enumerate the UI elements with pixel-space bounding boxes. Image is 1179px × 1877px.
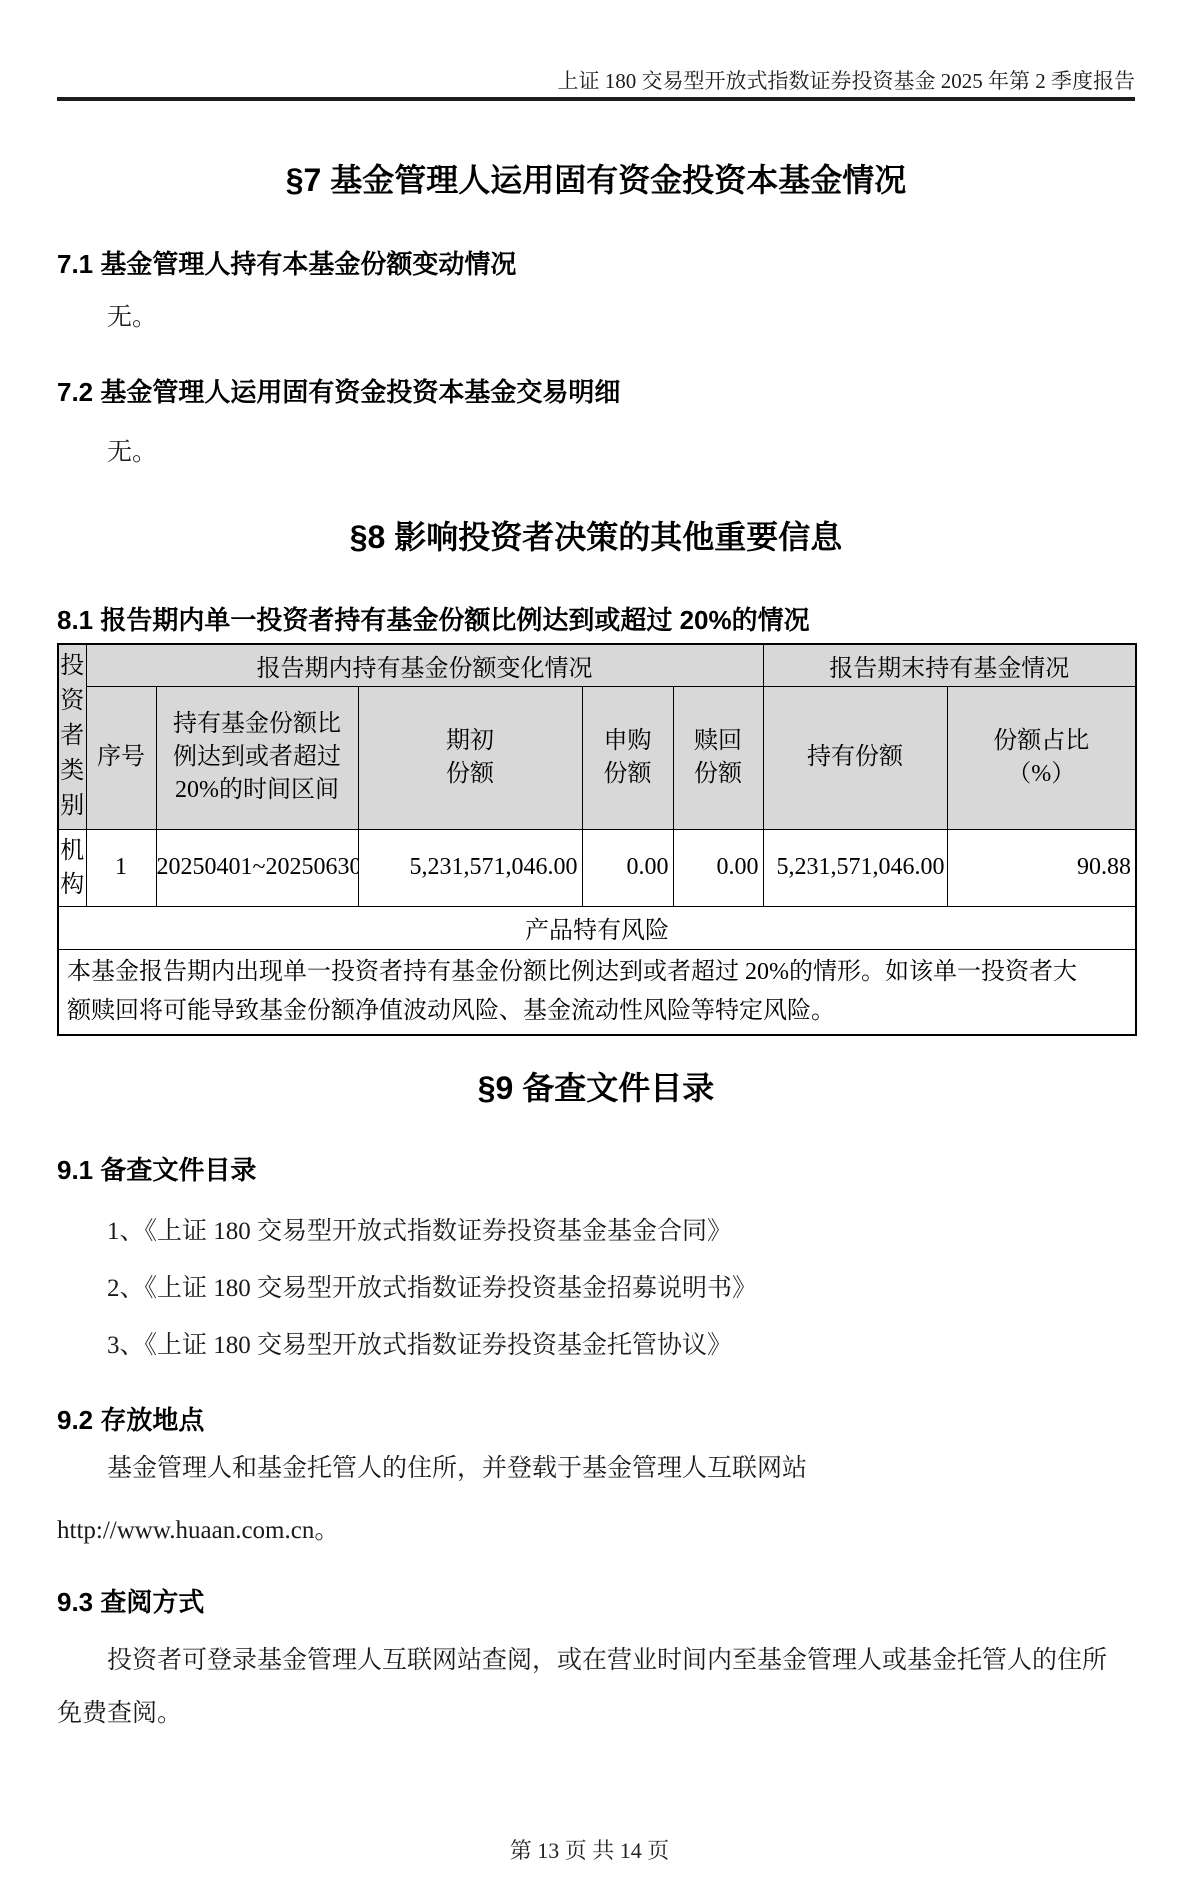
- cell-subscription-shares: 0.00: [582, 829, 673, 906]
- chapter-7-title: §7 基金管理人运用固有资金投资本基金情况: [57, 160, 1135, 200]
- heading-7-1: 7.1 基金管理人持有本基金份额变动情况: [57, 247, 1135, 281]
- body-9-2: 基金管理人和基金托管人的住所，并登载于基金管理人互联网站: [57, 1453, 1135, 1485]
- document-list-item-1: 1、《上证 180 交易型开放式指数证券投资基金基金合同》: [57, 1216, 1135, 1248]
- heading-9-1: 9.1 备查文件目录: [57, 1153, 1135, 1187]
- header-rule: [57, 97, 1135, 101]
- heading-8-1: 8.1 报告期内单一投资者持有基金份额比例达到或超过 20%的情况: [57, 603, 1135, 637]
- page-number-footer: 第 13 页 共 14 页: [0, 1837, 1179, 1865]
- cell-period: 20250401~20250630: [156, 829, 358, 906]
- body-7-2: 无。: [57, 437, 1135, 469]
- col-header-begin-shares: 期初 份额: [358, 686, 582, 829]
- group-header-period-change: 报告期内持有基金份额变化情况: [86, 644, 763, 686]
- cell-holding-shares: 5,231,571,046.00: [763, 829, 947, 906]
- risk-section-text: 本基金报告期内出现单一投资者持有基金份额比例达到或者超过 20%的情形。如该单一…: [58, 949, 1136, 1035]
- col-header-investor-type: 投资者类别: [58, 644, 86, 829]
- table-row: 机构 1 20250401~20250630 5,231,571,046.00 …: [58, 829, 1136, 906]
- chapter-8-title: §8 影响投资者决策的其他重要信息: [57, 517, 1135, 557]
- col-header-no: 序号: [86, 686, 156, 829]
- cell-redemption-shares: 0.00: [673, 829, 763, 906]
- body-7-1: 无。: [57, 302, 1135, 334]
- col-header-period: 持有基金份额比例达到或者超过 20%的时间区间: [156, 686, 358, 829]
- col-header-subscription-shares: 申购 份额: [582, 686, 673, 829]
- col-header-holding-shares: 持有份额: [763, 686, 947, 829]
- investor-holdings-table: 投资者类别 报告期内持有基金份额变化情况 报告期末持有基金情况 序号 持有基金份…: [57, 643, 1137, 1036]
- document-list-item-3: 3、《上证 180 交易型开放式指数证券投资基金托管协议》: [57, 1330, 1135, 1362]
- cell-ratio: 90.88: [947, 829, 1136, 906]
- heading-7-2: 7.2 基金管理人运用固有资金投资本基金交易明细: [57, 375, 1135, 409]
- body-9-3-line1: 投资者可登录基金管理人互联网站查阅，或在营业时间内至基金管理人或基金托管人的住所: [57, 1645, 1135, 1677]
- cell-begin-shares: 5,231,571,046.00: [358, 829, 582, 906]
- group-header-period-end: 报告期末持有基金情况: [763, 644, 1136, 686]
- col-header-redemption-shares: 赎回 份额: [673, 686, 763, 829]
- chapter-9-title: §9 备查文件目录: [57, 1068, 1135, 1108]
- document-list-item-2: 2、《上证 180 交易型开放式指数证券投资基金招募说明书》: [57, 1273, 1135, 1305]
- manager-website-url: http://www.huaan.com.cn。: [57, 1515, 1135, 1547]
- cell-investor-type: 机构: [58, 829, 86, 906]
- report-page: 上证 180 交易型开放式指数证券投资基金 2025 年第 2 季度报告 §7 …: [0, 0, 1179, 1877]
- col-header-ratio: 份额占比 （%）: [947, 686, 1136, 829]
- running-header: 上证 180 交易型开放式指数证券投资基金 2025 年第 2 季度报告: [57, 68, 1135, 97]
- cell-no: 1: [86, 829, 156, 906]
- heading-9-3: 9.3 查阅方式: [57, 1585, 1135, 1619]
- body-9-3-line2: 免费查阅。: [57, 1698, 1135, 1730]
- risk-section-title: 产品特有风险: [58, 906, 1136, 949]
- heading-9-2: 9.2 存放地点: [57, 1403, 1135, 1437]
